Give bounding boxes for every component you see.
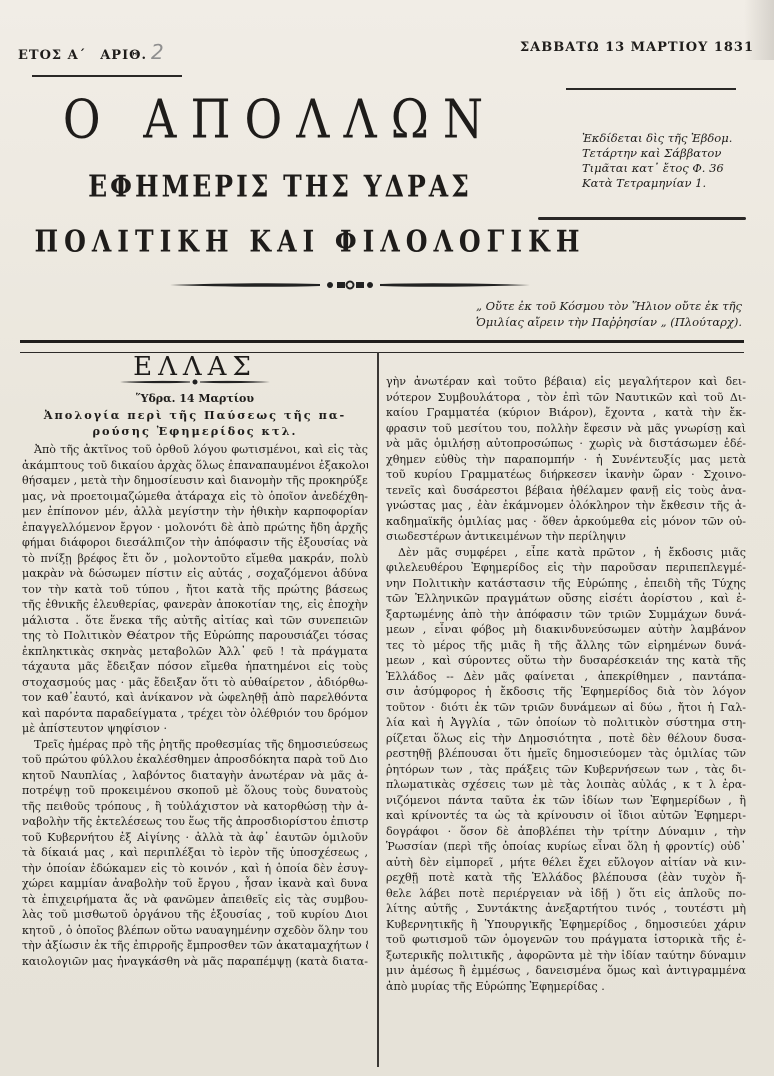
text-line: φιλελευθέρου Ἐφημερίδος εἰς τὴν παροῦσαν… [386,560,746,576]
text-line: καιολογιῶν μας ἠναγκάσθη νὰ μᾶς παραπέμψ… [22,954,368,970]
text-line: ῥητόρων των , τὰς πράξεις τῶν Κυβερνήσεω… [386,762,746,778]
text-line: νην Πολιτικὴν κατάστασιν τῆς Εὐρώπης , ἐ… [386,576,746,592]
text-line: θελε λάβει ποτὲ περιέργειαν νὰ ἰδῇ ) ὅτι… [386,886,746,902]
article-column-right: γὴν ἀνωτέραν καὶ τοῦτο βέβαια) εἰς μεγαλ… [386,352,746,994]
epigraph-line: „ Οὔτε ἐκ τοῦ Κόσμου τὸν Ἥλιον οὔτε ἐκ τ… [402,298,742,314]
text-line: μεν ἐπίπονον μέν, ἀλλὰ μεγίστην τὴν ἠθικ… [22,504,368,520]
text-line: τες τὸ μέρος τῆς μιᾶς ἢ τῆς ἄλλης τῶν εἰ… [386,638,746,654]
text-line: ρίζεται ὅλως εἰς τὴν Δημοσιότητα , ποτὲ … [386,731,746,747]
text-line: μεων , καὶ σύροντες οὕτω τὴν δυσαρέσκειά… [386,653,746,669]
text-line: γὴν ἀνωτέραν καὶ τοῦτο βέβαια) εἰς μεγαλ… [386,374,746,390]
column-divider [377,352,379,1067]
text-line: Δὲν μᾶς συμφέρει , εἶπε κατὰ πρῶτον , ἡ … [386,545,746,561]
text-line: τὸ πνίξῃ βρέφος ἔτι ὄν , μολοντοῦτο εἴμε… [22,551,368,567]
article-body-right: γὴν ἀνωτέραν καὶ τοῦτο βέβαια) εἰς μεγαλ… [386,374,746,994]
subscription-info: Ἐκδίδεται δὶς τῆς Ἑβδομ. Τετάρτην καὶ Σά… [582,131,762,191]
rule-divider [538,217,746,220]
text-line: ποτρέψῃ τοῦ προκειμένου σκοποῦ μὲ ὅλους … [22,783,368,799]
text-line: μιν ἀμέσως ἢ ἐμμέσως , δανεισμένα ὅμως κ… [386,963,746,979]
text-line: μάλιστα . ὅτε ἕνεκα τῆς αὐτῆς αἰτίας καὶ… [22,613,368,629]
text-line: σιν ἀσύμφορος ἡ ἔκδοσις τῆς Ἐφημερίδος δ… [386,684,746,700]
text-line: ἐκπληκτικὰς σκηνὰς μεταβολῶν Ἀλλ᾽ φεῦ ! … [22,644,368,660]
text-line: τὴν ὁποίαν ἐδώκαμεν εἰς τὸ κοινόν , καὶ … [22,861,368,877]
text-line: κητοῦ , ὁ ὁποῖος βλέπων οὕτω ναυαγημένην… [22,923,368,939]
text-line: ξωτερικῆς πολιτικῆς , ἀφορῶντα μὲ τὴν ἰδ… [386,948,746,964]
newspaper-tagline: ΠΟΛΙΤΙΚΗ ΚΑΙ ΦΙΛΟΛΟΓΙΚΗ [0,224,620,259]
issue-info-line: ΕΤΟΣ Α΄ΑΡΙΘ.2 ΣΑΒΒΑΤΩ 13 ΜΑΡΤΙΟΥ 1831 [18,38,754,58]
text-line: τενεῖς καὶ δυσάρεστοι βέβαια ἠθέλαμεν φα… [386,483,746,499]
text-line: ρεστηθῇ βλέπουσαι ὅτι ἡμεῖς δημοσιεύομεν… [386,746,746,762]
text-line: τάχαυτα μᾶς ἔδειξαν πόσον εἴμεθα ἠπατημέ… [22,659,368,675]
text-line: θήσαμεν , μετὰ τὴν δημοσίευσιν καὶ διανο… [22,473,368,489]
text-line: χθημεν εὐθὺς τὴν παραπομπήν · ἡ Συνέντευ… [386,452,746,468]
text-line: χώρει καμμίαν ἀναβολὴν τοῦ ἔργου , ἦσαν … [22,876,368,892]
newspaper-page: ΕΤΟΣ Α΄ΑΡΙΘ.2 ΣΑΒΒΑΤΩ 13 ΜΑΡΤΙΟΥ 1831 Ο … [0,0,774,1076]
article-body-left: Ἀπὸ τῆς ἀκτῖνος τοῦ ὀρθοῦ λόγου φωτισμέν… [22,442,368,969]
issue-date: ΣΑΒΒΑΤΩ 13 ΜΑΡΤΙΟΥ 1831 [520,40,754,55]
ornamental-rule-icon [170,280,530,290]
text-line: μὲ ἀπίστευτον ψηφίσιον · [22,721,368,737]
text-line: στοχασμούς μας · μᾶς ἔδειξαν ὅτι τὸ αὐθα… [22,675,368,691]
text-line: λίτης αὐτῆς , Συντάκτης ἀνεξαρτήτου τινό… [386,901,746,917]
text-line: της τὸ Πολιτικὸν Θέατρον τῆς Εὐρώπης παρ… [22,628,368,644]
text-line: τὴν ἀξίωσιν ἐκ τῆς ἐπιρροῆς ἔμπροσθεν τῶ… [22,938,368,954]
text-line: τῶν Ἑλληνικῶν πραγμάτων οὔσης εἰσέτι ἀορ… [386,591,746,607]
text-line: ξαρτωμένης ἀπὸ τὴν ἀπόφασιν τῶν τριῶν Συ… [386,607,746,623]
text-line: φήμαι διάφοροι διεσάλπιζον τὴν ἀπόφασιν … [22,535,368,551]
text-line: τοῦ κυρίου Γραμματέως διήρκεσεν ἱκανὴν ὥ… [386,467,746,483]
text-line: καίου Γραμματέα (κύριον Βιάρον), ἔχοντα … [386,405,746,421]
text-line: τοῦ Κυβερνήτου ἐξ Αἰγίνης · ἀλλὰ τὰ ἀφ᾽ … [22,830,368,846]
text-line: καδημαϊκῆς ὁμιλίας μας · ὅθεν ἀρκούμεθα … [386,514,746,530]
text-line: τὰ δίκαιά μας , καὶ περιπλέξαι τὸ ἱερὸν … [22,845,368,861]
newspaper-subtitle: ΕΦΗΜΕΡΙΣ ΤΗΣ ΥΔΡΑΣ [0,169,560,204]
text-line: ναβολὴν τῆς ἐκτελέσεως του ἕως τῆς ἀπροσ… [22,814,368,830]
text-line: ἐπαγγελλόμενον ἔργον · μολονότι δὲ ἀπὸ π… [22,520,368,536]
rule-divider [566,88,736,90]
text-line: μακρὰν νὰ δώσωμεν πίστιν εἰς αὐτάς , σοχ… [22,566,368,582]
text-line: τῆς ἐθνικῆς ἐλευθερίας, φανερὰν ἀποκοτία… [22,597,368,613]
text-line: Ῥωσσίαν (περὶ τῆς ὁποίας κυρίως εἶναι ὅλ… [386,839,746,855]
issue-number-label: ΑΡΙΘ. [100,48,147,63]
text-line: λὰς τοῦ μισθωτοῦ ὀργάνου τῆς ἐξουσίας , … [22,907,368,923]
text-line: τοῦ φωτισμοῦ τῶν ὁμογενῶν του πράγματα ἱ… [386,932,746,948]
subscription-line: Τιμᾶται κατ᾽ ἔτος Φ. 36 [582,161,762,176]
text-line: τὰ ἐπιχειρήματα ἄς νὰ φανῶμεν ἀπειθεῖς ε… [22,892,368,908]
text-line: γνώστας μας , ἐὰν ἐκάμνομεν ὁλόκληρον τὴ… [386,498,746,514]
text-line: ἀπὸ μυρίας τῆς Εὐρώπης Ἐφημερίδας . [386,979,746,995]
text-line: σιωδεστέρων ἀντικειμένων τὴν περίληψιν [386,529,746,545]
text-line: Κυβερνητικῆς ἢ Ὑπουργικῆς Ἐφημερίδος , δ… [386,917,746,933]
rule-divider [32,75,182,77]
article-column-left: ΕΛΛΑΣ Ὕδρα. 14 Μαρτίου Ἀπολογία περὶ τῆς… [22,352,368,969]
text-line: αὐτὴ δὲν εἰμπορεῖ , μήτε θέλει ἔχει εὔλο… [386,855,746,871]
text-line: τον τὴν κατὰ τοῦ τύπου , ἤτοι κατὰ τῆς π… [22,582,368,598]
headline-line: ρούσης Ἐφημερίδος κτλ. [22,423,368,439]
text-line: φρασιν τοῦ μεσίτου του, πολλὴν ἔφεσιν νὰ… [386,421,746,437]
newspaper-title: Ο ΑΠΟΛΛΩΝ [0,88,560,150]
text-line: μεων , εἶναι φόβος μὴ διακινδυνεύσωμεν α… [386,622,746,638]
text-line: ρεχθῇ ποτὲ κατὰ τῆς Ἑλλάδος βλέπουσα (ἐὰ… [386,870,746,886]
issue-info-left: ΕΤΟΣ Α΄ΑΡΙΘ.2 [18,40,165,64]
article-dateline: Ὕδρα. 14 Μαρτίου [22,391,368,407]
subscription-line: Ἐκδίδεται δὶς τῆς Ἑβδομ. [582,131,762,146]
column-top-spacer [386,352,746,374]
article-headline: Ἀπολογία περὶ τῆς Παύσεως τῆς πα- ρούσης… [22,407,368,439]
subscription-line: Κατὰ Τετραμηνίαν 1. [582,176,762,191]
text-line: νότερον Συμβουλάτορα , τὸν ἐπὶ τῶν Ναυτι… [386,390,746,406]
text-line: τον καθ᾽ἑαυτό, καὶ ἀνίκανον νὰ ὠφεληθῇ ἀ… [22,690,368,706]
text-line: ἀκάμπτους τοῦ δικαίου ἀρχὰς ὅλως ἐπαναπα… [22,458,368,474]
text-line: κητοῦ Ναυπλίας , λαβόντος διαταγὴν ἀνωτέ… [22,768,368,784]
text-line: νὰ μᾶς ὁμιλήσῃ αὐτοπροσώπως · χωρὶς νὰ δ… [386,436,746,452]
text-line: νιζόμενοι πάντα ταῦτα ἐκ τῶν ἰδίων των Ἐ… [386,793,746,809]
text-line: καὶ παρόντα παραδείγματα , τρέχει τὸν ὀλ… [22,706,368,722]
text-line: δογράφοι · ὅσον δὲ ἀποβλέπει τὴν τρίτην … [386,824,746,840]
text-line: λία καὶ ἡ Ἀγγλία , τῶν ὁποίων τὸ πολιτικ… [386,715,746,731]
text-line: πλωματικὰς σχέσεις των μὲ τὰς λοιπὰς αὐλ… [386,777,746,793]
epigraph-line: Ὁμιλίας αἴρειν τὴν Παῤῥησίαν „ (Πλούταρχ… [402,314,742,330]
epigraph-quote: „ Οὔτε ἐκ τοῦ Κόσμου τὸν Ἥλιον οὔτε ἐκ τ… [402,298,742,330]
year-label: ΕΤΟΣ Α΄ [18,48,86,63]
text-line: τῆς πειθοῦς τρόπους , ἢ τοὐλάχιστον νὰ κ… [22,799,368,815]
text-line: Τρεῖς ἡμέρας πρὸ τῆς ῥητῆς προθεσμίας τῆ… [22,737,368,753]
text-line: καὶ κρίνοντές τα ὡς τὰ κρίνουσιν οἱ ἴδιο… [386,808,746,824]
subscription-line: Τετάρτην καὶ Σάββατον [582,146,762,161]
text-line: τοῦ πρώτου φύλλου ἐκαλέσθημεν ἀπροσδόκητ… [22,752,368,768]
handwritten-issue-number: 2 [151,40,165,64]
text-line: Ἀπὸ τῆς ἀκτῖνος τοῦ ὀρθοῦ λόγου φωτισμέν… [22,442,368,458]
text-line: Ἑλλάδος -- Δὲν μᾶς φαίνεται , ἀπεκρίθημε… [386,669,746,685]
text-line: μας, νὰ προετοιμαζώμεθα ἀτάραχα εἰς τὸ ὁ… [22,489,368,505]
section-heading: ΕΛΛΑΣ [22,360,368,376]
text-line: τοῦτον · διότι ἐκ τῶν τριῶν δυνάμεων αἱ … [386,700,746,716]
headline-line: Ἀπολογία περὶ τῆς Παύσεως τῆς πα- [22,407,368,423]
